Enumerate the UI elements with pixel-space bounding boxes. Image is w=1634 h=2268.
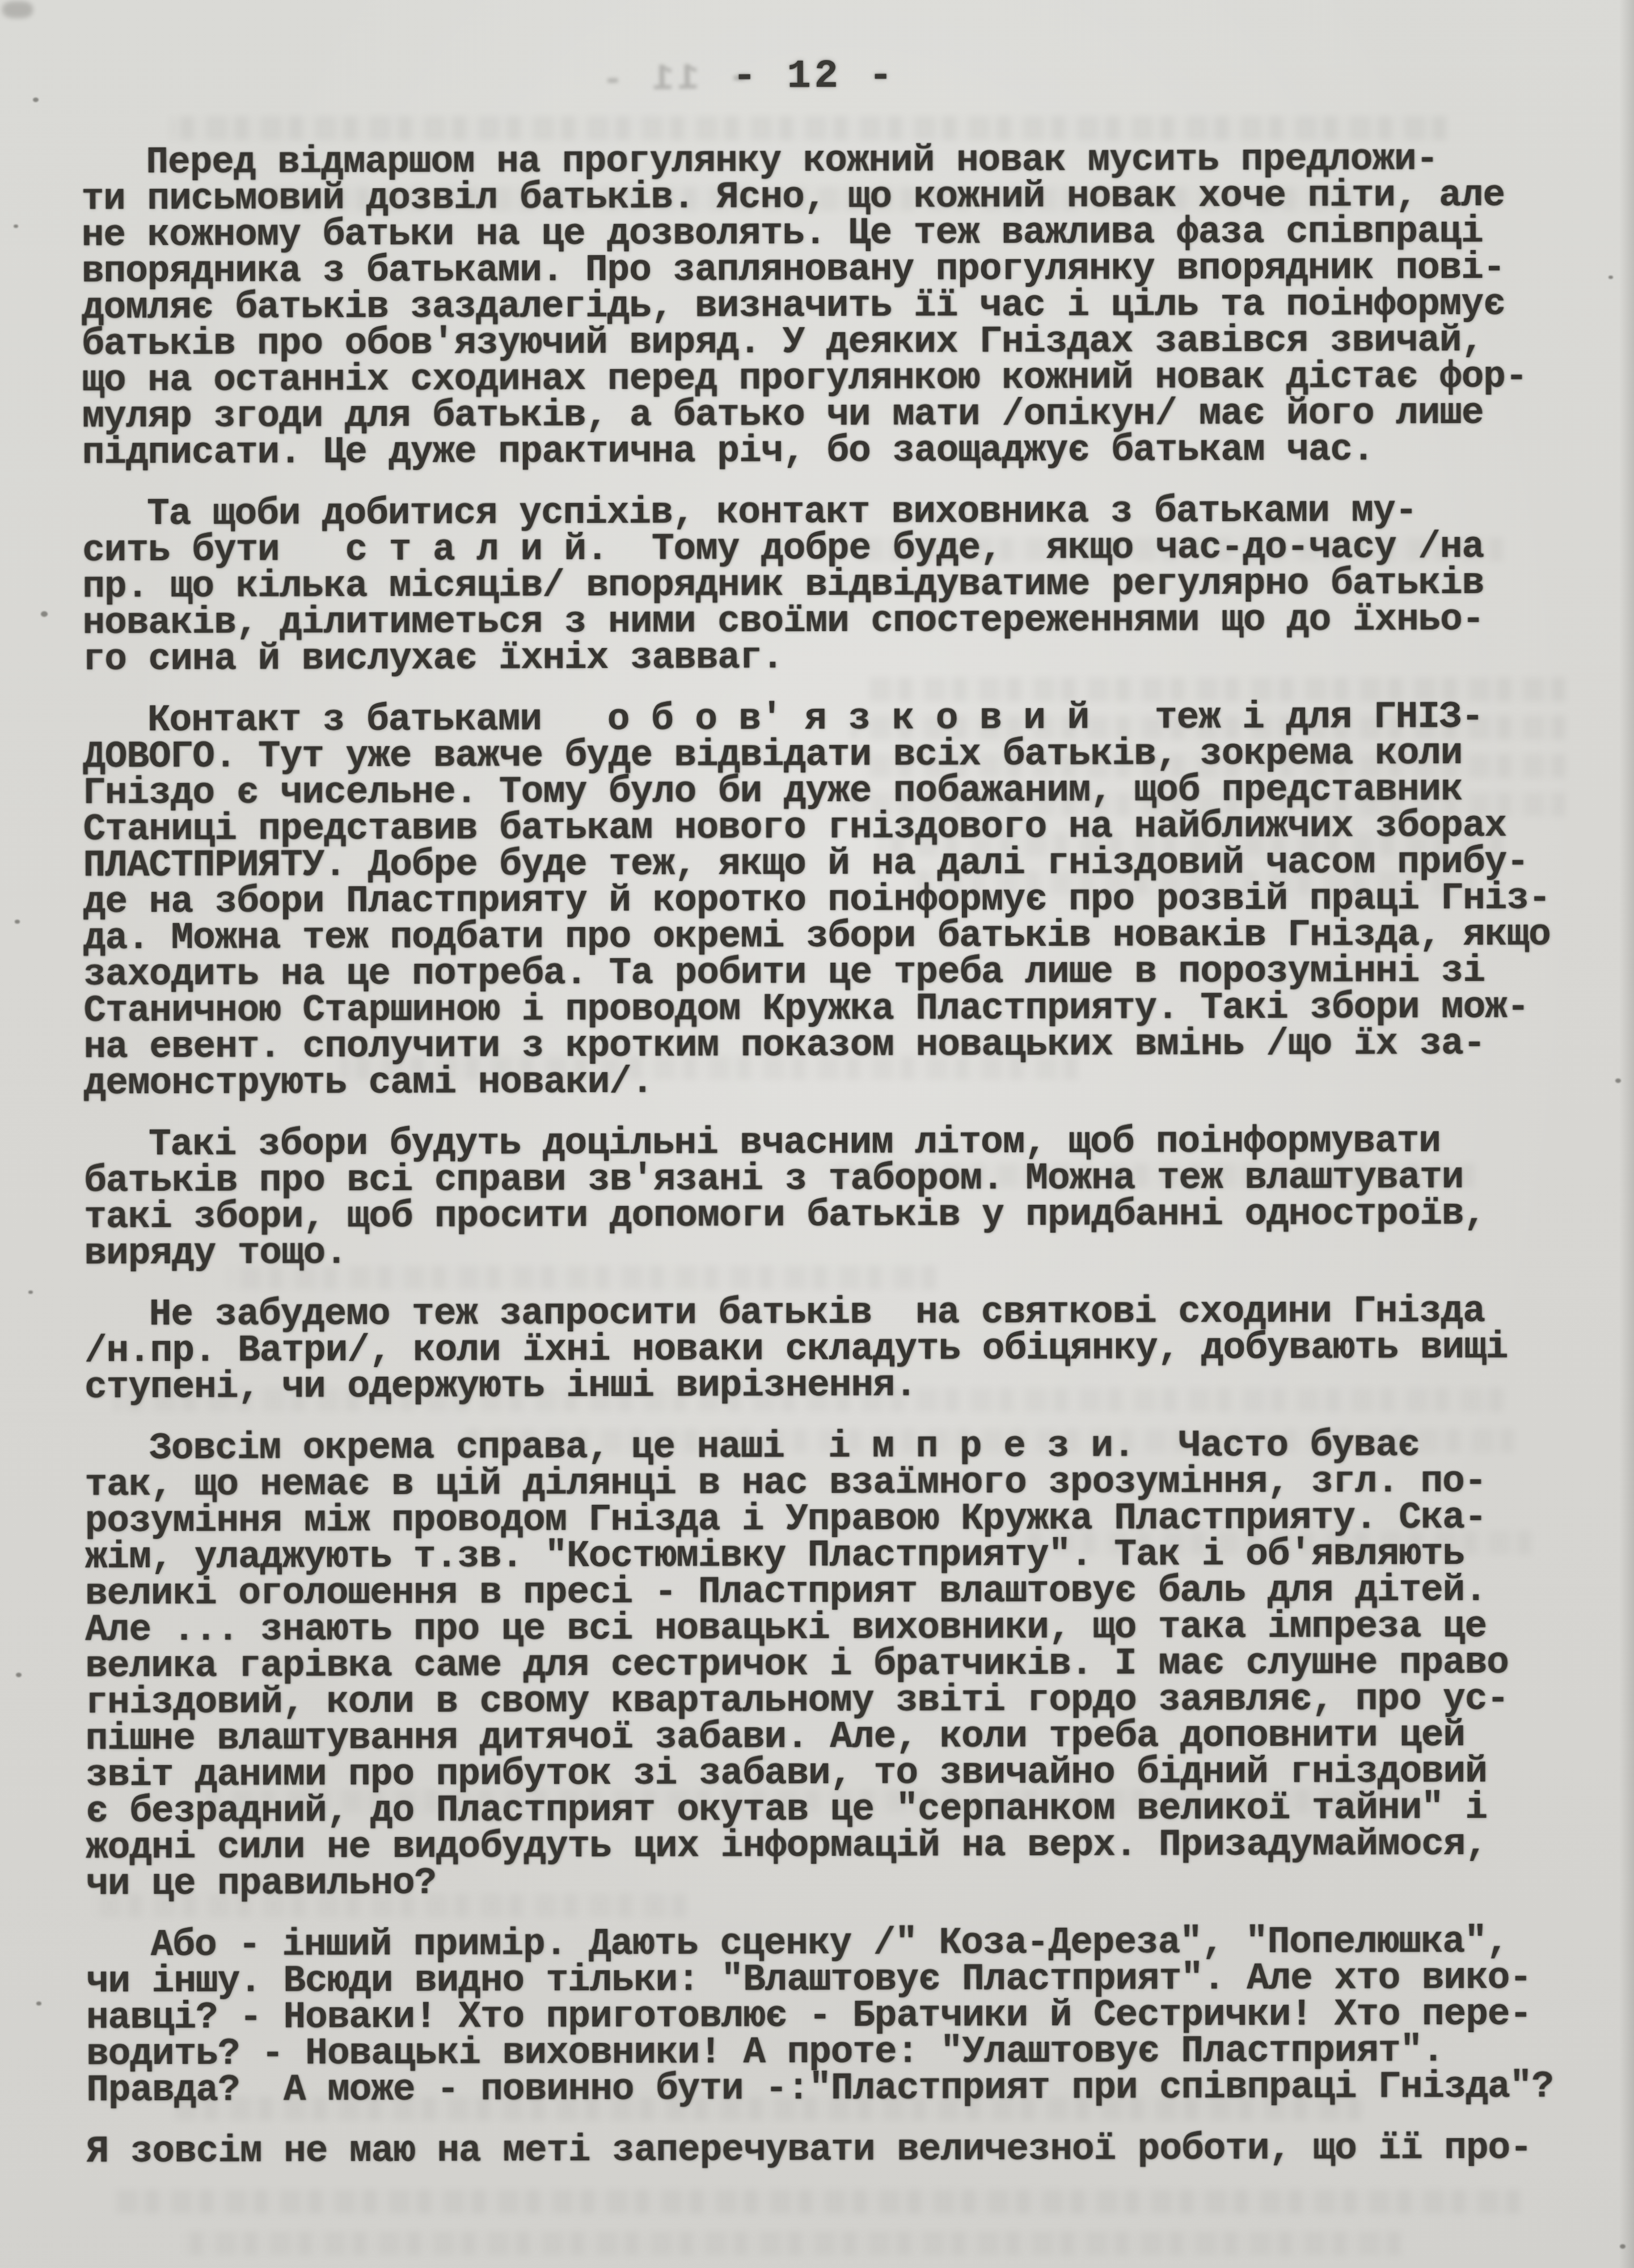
scan-edge-shadow: [1619, 0, 1634, 2268]
paragraph: Такі збори будуть доцільні вчасним літом…: [84, 1123, 1616, 1272]
ink-speck: [1615, 1078, 1621, 1083]
paragraph: Я зовсім не маю на меті заперечувати вел…: [87, 2130, 1618, 2170]
page-number: - 12 -: [0, 52, 1631, 101]
paragraph: Перед відмаршом на прогулянку кожний нов…: [81, 141, 1613, 471]
paragraph: Та щоби добитися успіхів, контакт виховн…: [82, 492, 1614, 678]
ink-speck: [16, 1673, 22, 1677]
scan-content: - 11 - - 12 - Перед відмаршом на прогуля…: [0, 0, 1634, 2268]
document-body: Перед відмаршом на прогулянку кожний нов…: [81, 141, 1618, 2195]
scanned-document-page: - 11 - - 12 - Перед відмаршом на прогуля…: [0, 0, 1634, 2268]
ink-speck: [41, 611, 48, 617]
paragraph: Зовсім окрема справа, це наші і м п р е …: [85, 1427, 1617, 1902]
ink-speck: [33, 98, 39, 102]
paragraph: Не забудемо теж запросити батьків на свя…: [85, 1293, 1616, 1406]
paragraph: Контакт з батьками о б о в' я з к о в и …: [83, 699, 1615, 1102]
ink-speck: [1620, 2244, 1625, 2249]
scan-corner-smudge: [2, 1, 33, 18]
paragraph: Або - інший примір. Дають сценку /" Коза…: [86, 1923, 1618, 2109]
